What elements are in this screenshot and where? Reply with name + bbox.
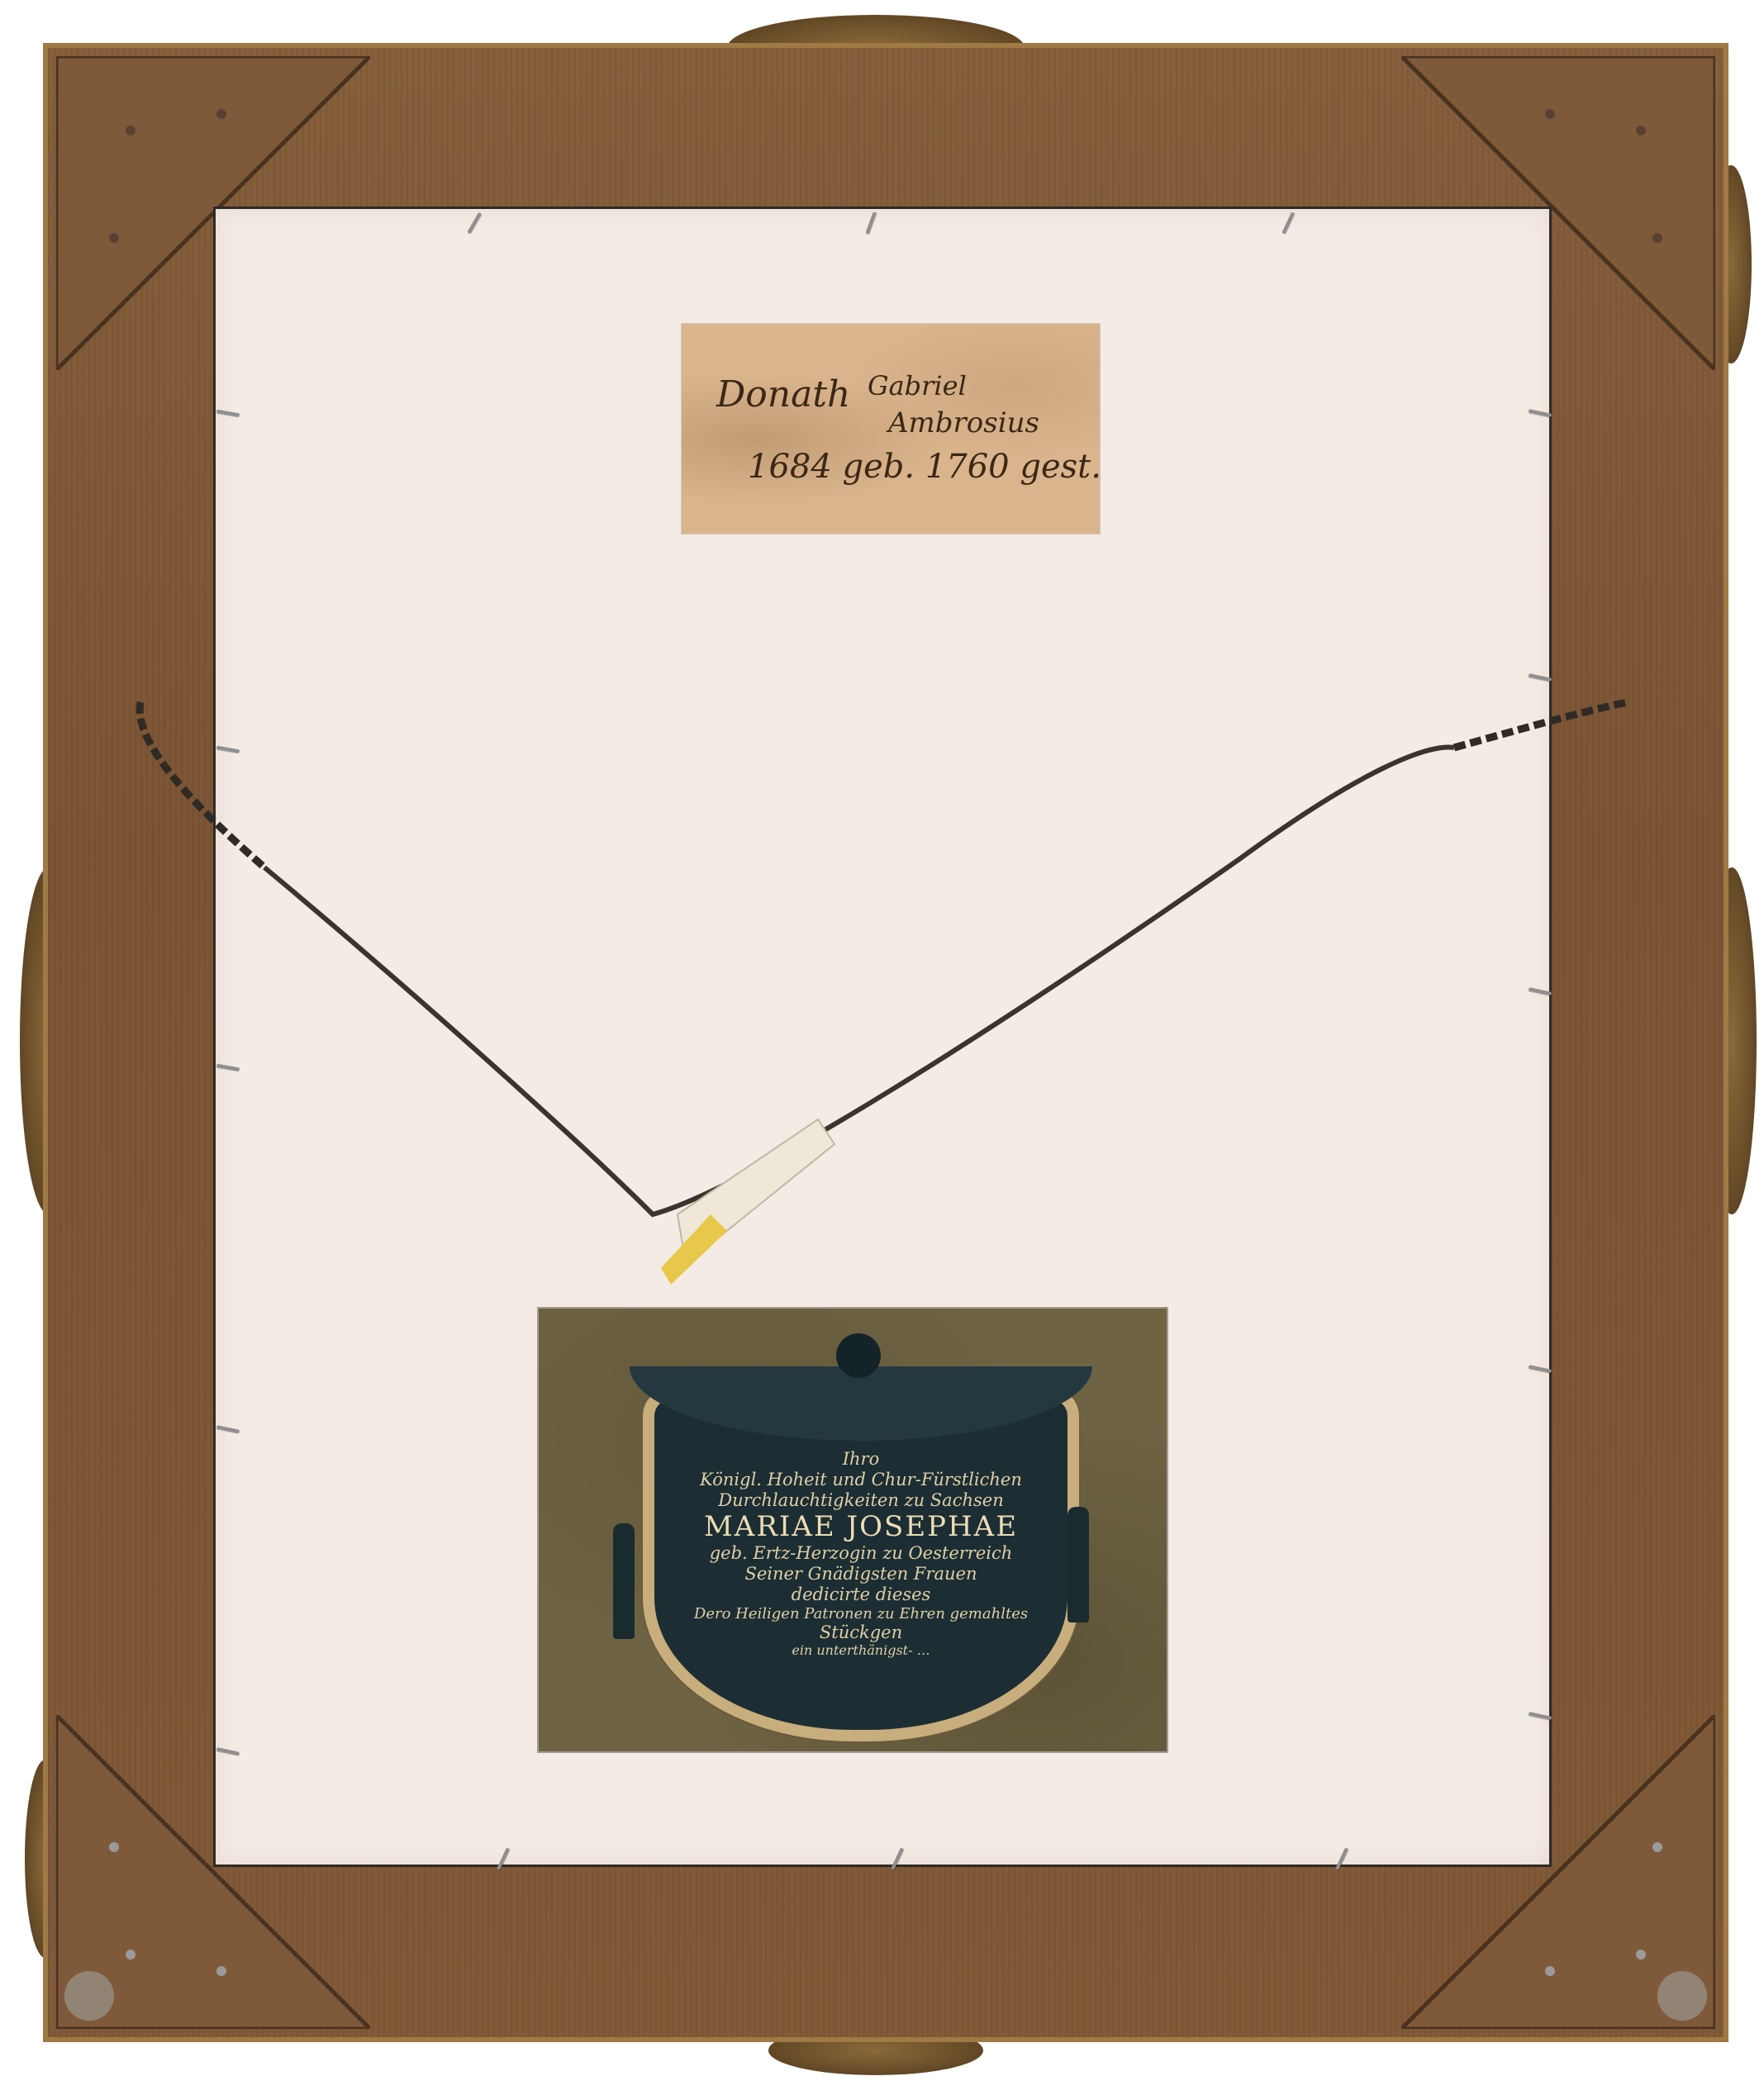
label-surname: Donath [716,373,850,416]
inscription-line: Königl. Hoheit und Chur-Fürstlichen [663,1470,1059,1490]
inscription-line: geb. Ertz-Herzogin zu Oesterreich [663,1543,1059,1564]
dedication-inscription: Ihro Königl. Hoheit und Chur-Fürstlichen… [663,1449,1059,1659]
label-middle-name: Ambrosius [888,406,1039,439]
inscription-line: ein unterthänigst- … [663,1643,1059,1659]
inscription-line: Ihro [663,1449,1059,1470]
inscription-line: Dero Heiligen Patronen zu Ehren gemahlte… [663,1605,1059,1622]
painted-dedication-card: Ihro Königl. Hoheit und Chur-Fürstlichen… [539,1309,1167,1751]
label-given-name: Gabriel [868,370,967,401]
provenance-label: Donath Gabriel Ambrosius 1684 geb. 1760 … [682,324,1100,534]
inscription-line: Seiner Gnädigsten Frauen [663,1564,1059,1584]
inscription-line: Stückgen [663,1622,1059,1643]
inscription-name: MARIAE JOSEPHAE [663,1510,1059,1543]
inscription-line: dedicirte dieses [663,1584,1059,1605]
tassel-left [613,1523,635,1639]
drape-knot [836,1333,881,1378]
inscription-line: Durchlauchtigkeiten zu Sachsen [663,1490,1059,1511]
label-dates: 1684 geb. 1760 gest. [748,448,1101,486]
tassel-right [1067,1507,1089,1622]
